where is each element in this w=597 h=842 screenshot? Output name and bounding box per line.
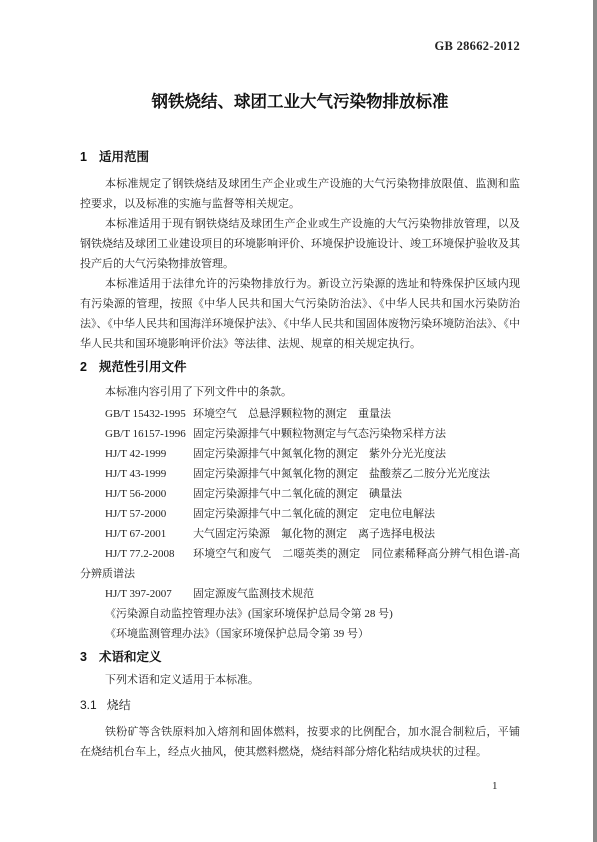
section-1-heading: 1适用范围 — [80, 148, 520, 166]
reference-code: GB/T 16157-1996 — [105, 424, 193, 444]
document-item: 《环境监测管理办法》（国家环境保护总局令第 39 号） — [80, 624, 520, 644]
section-2-body: 本标准内容引用了下列文件中的条款。 GB/T 15432-1995环境空气 总悬… — [80, 382, 520, 644]
section-3-body: 下列术语和定义适用于本标准。 — [80, 670, 520, 690]
references-intro: 本标准内容引用了下列文件中的条款。 — [80, 382, 520, 402]
term-definition: 铁粉矿等含铁原料加入熔剂和固体燃料，按要求的比例配合，加水混合制粒后，平铺在烧结… — [80, 722, 520, 762]
section-3-number: 3 — [80, 650, 87, 664]
document-page: GB 28662-2012 钢铁烧结、球团工业大气污染物排放标准 1适用范围 本… — [0, 0, 597, 842]
reference-code: HJ/T 56-2000 — [105, 484, 193, 504]
page-edge-strip — [593, 0, 597, 842]
subsection-3-1-heading: 3.1烧结 — [80, 696, 520, 714]
reference-code: HJ/T 42-1999 — [105, 444, 193, 464]
reference-code: GB/T 15432-1995 — [105, 404, 193, 424]
subsection-3-1-body: 铁粉矿等含铁原料加入熔剂和固体燃料，按要求的比例配合，加水混合制粒后，平铺在烧结… — [80, 722, 520, 762]
subsection-3-1-number: 3.1 — [80, 698, 97, 712]
section-2-number: 2 — [80, 360, 87, 374]
section-2-heading: 2规范性引用文件 — [80, 358, 520, 376]
reference-code: HJ/T 77.2-2008 — [105, 544, 193, 564]
reference-desc: 固定污染源排气中二氧化硫的测定 碘量法 — [193, 488, 402, 500]
reference-desc: 固定污染源排气中氮氧化物的测定 盐酸萘乙二胺分光光度法 — [193, 468, 490, 480]
page-content: GB 28662-2012 钢铁烧结、球团工业大气污染物排放标准 1适用范围 本… — [0, 0, 597, 762]
reference-item: HJ/T 42-1999固定污染源排气中氮氧化物的测定 紫外分光光度法 — [80, 444, 520, 464]
section-1-body: 本标准规定了钢铁烧结及球团生产企业或生产设施的大气污染物排放限值、监测和监控要求… — [80, 174, 520, 354]
reference-item: HJ/T 77.2-2008环境空气和废气 二噁英类的测定 同位素稀释高分辨气相… — [80, 544, 520, 584]
reference-desc: 环境空气 总悬浮颗粒物的测定 重量法 — [193, 408, 391, 420]
section-1-title: 适用范围 — [99, 150, 149, 164]
doc-number: GB 28662-2012 — [80, 40, 520, 52]
reference-desc: 固定污染源排气中二氧化硫的测定 定电位电解法 — [193, 508, 435, 520]
reference-code: HJ/T 67-2001 — [105, 524, 193, 544]
section-1-number: 1 — [80, 150, 87, 164]
section-3-title: 术语和定义 — [99, 650, 162, 664]
paragraph: 本标准适用于现有钢铁烧结及球团生产企业或生产设施的大气污染物排放管理，以及钢铁烧… — [80, 214, 520, 274]
reference-item: GB/T 16157-1996固定污染源排气中颗粒物测定与气态污染物采样方法 — [80, 424, 520, 444]
section-2-title: 规范性引用文件 — [99, 360, 187, 374]
reference-item: HJ/T 67-2001大气固定污染源 氟化物的测定 离子选择电极法 — [80, 524, 520, 544]
subsection-3-1-term: 烧结 — [107, 698, 131, 712]
paragraph: 本标准规定了钢铁烧结及球团生产企业或生产设施的大气污染物排放限值、监测和监控要求… — [80, 174, 520, 214]
reference-desc: 固定污染源排气中氮氧化物的测定 紫外分光光度法 — [193, 448, 446, 460]
reference-code: HJ/T 397-2007 — [105, 584, 193, 604]
section-3-heading: 3术语和定义 — [80, 648, 520, 666]
page-title: 钢铁烧结、球团工业大气污染物排放标准 — [80, 90, 520, 114]
paragraph: 本标准适用于法律允许的污染物排放行为。新设立污染源的选址和特殊保护区域内现有污染… — [80, 274, 520, 354]
reference-item: HJ/T 56-2000固定污染源排气中二氧化硫的测定 碘量法 — [80, 484, 520, 504]
references-list: GB/T 15432-1995环境空气 总悬浮颗粒物的测定 重量法 GB/T 1… — [80, 404, 520, 644]
reference-item: HJ/T 397-2007固定源废气监测技术规范 — [80, 584, 520, 604]
reference-item: HJ/T 43-1999固定污染源排气中氮氧化物的测定 盐酸萘乙二胺分光光度法 — [80, 464, 520, 484]
reference-desc: 大气固定污染源 氟化物的测定 离子选择电极法 — [193, 528, 435, 540]
page-number: 1 — [492, 780, 498, 792]
reference-desc: 固定污染源排气中颗粒物测定与气态污染物采样方法 — [193, 428, 446, 440]
reference-desc: 固定源废气监测技术规范 — [193, 588, 314, 600]
reference-item: HJ/T 57-2000固定污染源排气中二氧化硫的测定 定电位电解法 — [80, 504, 520, 524]
terms-intro: 下列术语和定义适用于本标准。 — [80, 670, 520, 690]
document-item: 《污染源自动监控管理办法》(国家环境保护总局令第 28 号) — [80, 604, 520, 624]
reference-item: GB/T 15432-1995环境空气 总悬浮颗粒物的测定 重量法 — [80, 404, 520, 424]
reference-code: HJ/T 43-1999 — [105, 464, 193, 484]
reference-code: HJ/T 57-2000 — [105, 504, 193, 524]
